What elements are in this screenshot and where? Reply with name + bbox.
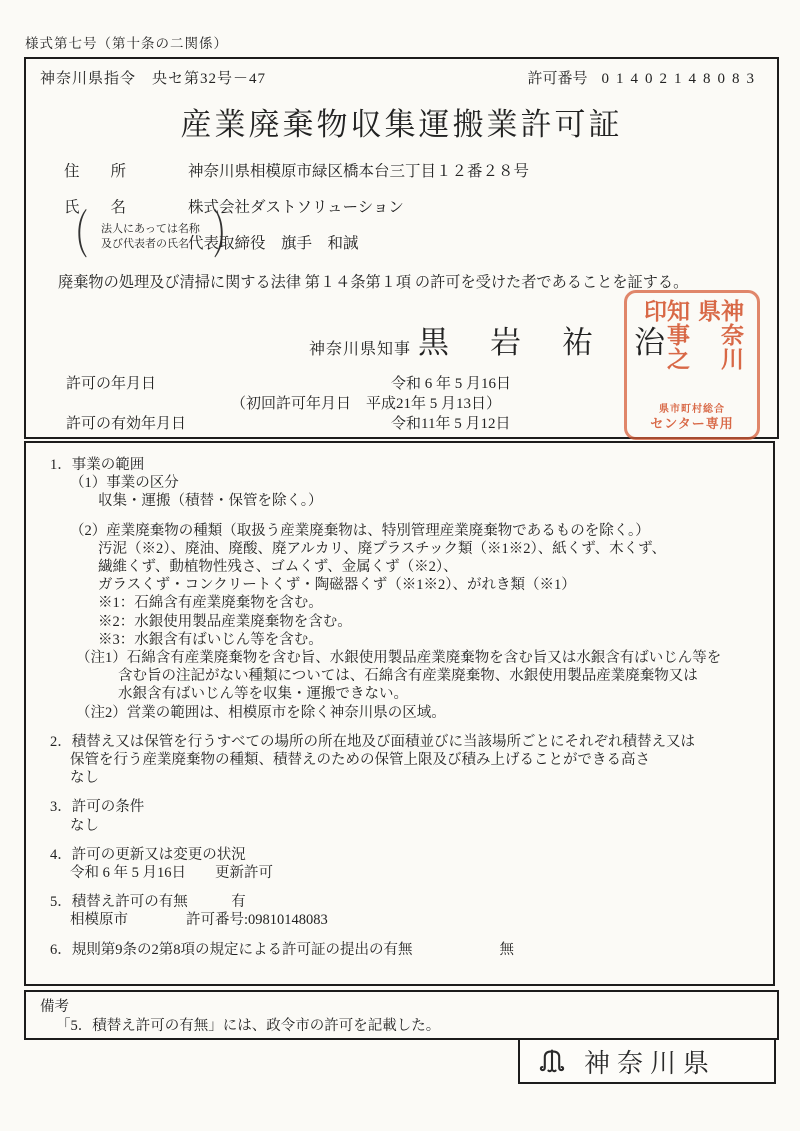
document-line: 保管を行う産業廃棄物の種類、積替えのための保管上限及び積み上げることができる高さ [26,751,773,769]
permit-number-row: 許可番号01402148083 [527,67,761,88]
governor-seal-icon: 神奈川県 知事之印 県市町村総合 センター専用 [624,290,760,440]
document-title: 産業廃棄物収集運搬業許可証 [26,99,777,144]
document-line: 5．積替え許可の有無 有 [26,893,773,911]
document-line: （注1）石綿含有産業廃棄物を含む旨、水銀使用製品産業廃棄物を含む旨又は水銀含有ば… [26,649,773,667]
document-line: ガラスくず・コンクリートくず・陶磁器くず（※1※2）、がれき類（※1） [26,576,773,594]
header-box: 神奈川県指令 央セ第32号－47 許可番号01402148083 産業廃棄物収集… [24,57,779,439]
directive-number: 神奈川県指令 央セ第32号－47 [40,67,266,88]
document-line: ※1：石綿含有産業廃棄物を含む。 [26,594,773,612]
seal-stamp-line: センター専用 [627,413,757,432]
form-number-label: 様式第七号（第十条の二関係） [25,32,228,52]
document-line: 繊維くず、動植物性残さ、ゴムくず、金属くず（※2）、 [26,558,773,576]
permit-number-label: 許可番号 [527,71,587,87]
certification-statement: 廃棄物の処理及び清掃に関する法律 第１４条第１項 の許可を受けた者であることを証… [58,271,688,292]
document-line: 4．許可の更新又は変更の状況 [26,846,773,864]
document-line: （2）産業廃棄物の種類（取扱う産業廃棄物は、特別管理産業廃棄物であるものを除く。… [26,522,773,540]
permit-date-label: 許可の年月日 [66,372,156,393]
open-paren: （ [60,211,89,263]
governor-title: 神奈川県知事 [309,336,411,359]
permit-number-value: 01402148083 [602,71,762,87]
initial-permit-date: （初回許可年月日 平成21年 5 月13日） [231,392,501,413]
prefecture-name: 神奈川県 [584,1043,716,1080]
document-line: 6．規則第9条の2第8項の規定による許可証の提出の有無 無 [26,941,773,959]
document-line: なし [26,817,773,835]
corporate-note-line2: 及び代表者の氏名 [101,238,189,250]
governor-name: 黒 岩 祐 治 [418,317,670,362]
document-line: 相模原市 許可番号:09810148083 [26,911,773,929]
document-line: なし [26,769,773,787]
document-line: 収集・運搬（積替・保管を除く。） [26,492,773,510]
document-line: 1．事業の範囲 [26,456,773,474]
corporate-note-text: 法人にあっては名称 及び代表者の氏名 [100,222,201,252]
address-label: 住 所 [64,159,126,181]
document-line: 令和 6 年 5 月16日 更新許可 [26,864,773,882]
corporate-note-line1: 法人にあっては名称 [101,223,200,235]
document-line: （1）事業の区分 [26,474,773,492]
document-line: （注2）営業の範囲は、相模原市を除く神奈川県の区域。 [26,704,773,722]
document-line: ※3：水銀含有ばいじん等を含む。 [26,631,773,649]
document-line: 汚泥（※2）、廃油、廃酸、廃アルカリ、廃プラスチック類（※1※2）、紙くず、木く… [26,540,773,558]
document-line: 2．積替え又は保管を行うすべての場所の所在地及び面積並びに当該場所ごとにそれぞれ… [26,733,773,751]
document-line: ※2：水銀使用製品産業廃棄物を含む。 [26,613,773,631]
expiry-date-value: 令和11年 5 月12日 [391,412,510,433]
representative-value: 代表取締役 旗手 和誠 [188,231,359,253]
expiry-date-label: 許可の有効年月日 [66,412,186,433]
address-value: 神奈川県相模原市緑区橋本台三丁目１２番２８号 [188,159,529,181]
document-line: 3．許可の条件 [26,798,773,816]
remarks-text: 「5．積替え許可の有無」には、政令市の許可を記載した。 [56,1014,440,1035]
remarks-box: 備考 「5．積替え許可の有無」には、政令市の許可を記載した。 [24,990,779,1040]
kanagawa-emblem-icon [536,1045,568,1077]
document-line: 水銀含有ばいじん等を収集・運搬できない。 [26,685,773,703]
seal-column: 神奈川県 [696,299,742,391]
body-box: 1．事業の範囲（1）事業の区分収集・運搬（積替・保管を除く。）（2）産業廃棄物の… [24,441,775,986]
body-lines: 1．事業の範囲（1）事業の区分収集・運搬（積替・保管を除く。）（2）産業廃棄物の… [26,456,773,959]
remarks-label: 備考 [40,995,69,1016]
document-line: 含む旨の注記がない種類については、石綿含有産業廃棄物、水銀使用製品産業廃棄物又は [26,667,773,685]
permit-document-page: 様式第七号（第十条の二関係） 神奈川県指令 央セ第32号－47 許可番号0140… [0,0,800,1131]
permit-date-value: 令和 6 年 5 月16日 [391,372,511,393]
prefecture-logo-box: 神奈川県 [518,1038,776,1084]
